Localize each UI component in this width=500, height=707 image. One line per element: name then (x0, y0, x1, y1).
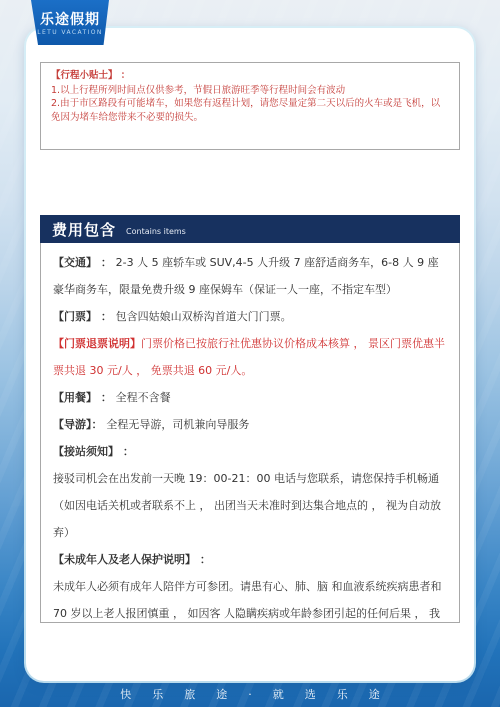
travel-itinerary-page: 【行程小贴士】 ： 1.以上行程所列时间点仅供参考，节假日旅游旺季等行程时间会有… (0, 0, 500, 707)
fee-item-label: 【未成年人及老人保护说明】 ： (53, 553, 211, 566)
tips-title: 【行程小贴士】 ： (51, 69, 449, 83)
fee-item-label: 【交通】 ： (53, 256, 116, 269)
fee-item: 【未成年人及老人保护说明】 ： (53, 546, 447, 573)
fee-item: 接驳司机会在出发前一天晚 19：00-21：00 电话与您联系，请您保持手机畅通… (53, 465, 447, 546)
fee-item: 【导游】： 全程无导游，司机兼向导服务 (53, 411, 447, 438)
content-card: 【行程小贴士】 ： 1.以上行程所列时间点仅供参考，节假日旅游旺季等行程时间会有… (26, 28, 474, 681)
section-title: 费用包含 (52, 219, 116, 240)
footer-slogan: 快乐旅途·就选乐途 (0, 686, 500, 702)
fee-item: 【用餐】 ： 全程不含餐 (53, 384, 447, 411)
fee-item: 【交通】 ： 2-3 人 5 座轿车或 SUV,4-5 人升级 7 座舒适商务车… (53, 249, 447, 303)
itinerary-tips-box: 【行程小贴士】 ： 1.以上行程所列时间点仅供参考，节假日旅游旺季等行程时间会有… (40, 62, 460, 150)
tips-line: 2.由于市区路段有可能堵车，如果您有返程计划，请您尽量定第二天以后的火车或是飞机… (51, 97, 449, 124)
letu-vacation-logo: 乐途假期 LETU VACATION (31, 0, 109, 45)
fee-item: 【接站须知】 ： (53, 438, 447, 465)
fee-items-box: 【交通】 ： 2-3 人 5 座轿车或 SUV,4-5 人升级 7 座舒适商务车… (40, 243, 460, 623)
fee-item: 未成年人必须有成年人陪伴方可参团。请患有心、肺、脑 和血液系统疾病患者和 70 … (53, 573, 447, 623)
section-subtitle-en: Contains items (126, 227, 186, 236)
fee-item-label: 【门票退票说明】 (53, 337, 141, 350)
tips-lines: 1.以上行程所列时间点仅供参考，节假日旅游旺季等行程时间会有波动2.由于市区路段… (51, 84, 449, 125)
fee-item-label: 【门票】 ： (53, 310, 116, 323)
logo-title: 乐途假期 (40, 12, 100, 28)
fee-item-label: 【接站须知】 ： (53, 445, 134, 458)
fee-item-label: 【导游】： (53, 418, 106, 431)
tips-line: 1.以上行程所列时间点仅供参考，节假日旅游旺季等行程时间会有波动 (51, 84, 449, 98)
fee-section-header: 费用包含 Contains items (40, 215, 460, 243)
fee-item: 【门票】 ： 包含四姑娘山双桥沟首道大门门票。 (53, 303, 447, 330)
fee-item-label: 【用餐】 ： (53, 391, 116, 404)
logo-subtitle: LETU VACATION (37, 28, 103, 37)
fee-item: 【门票退票说明】门票价格已按旅行社优惠协议价格成本核算 ， 景区门票优惠半票共退… (53, 330, 447, 384)
